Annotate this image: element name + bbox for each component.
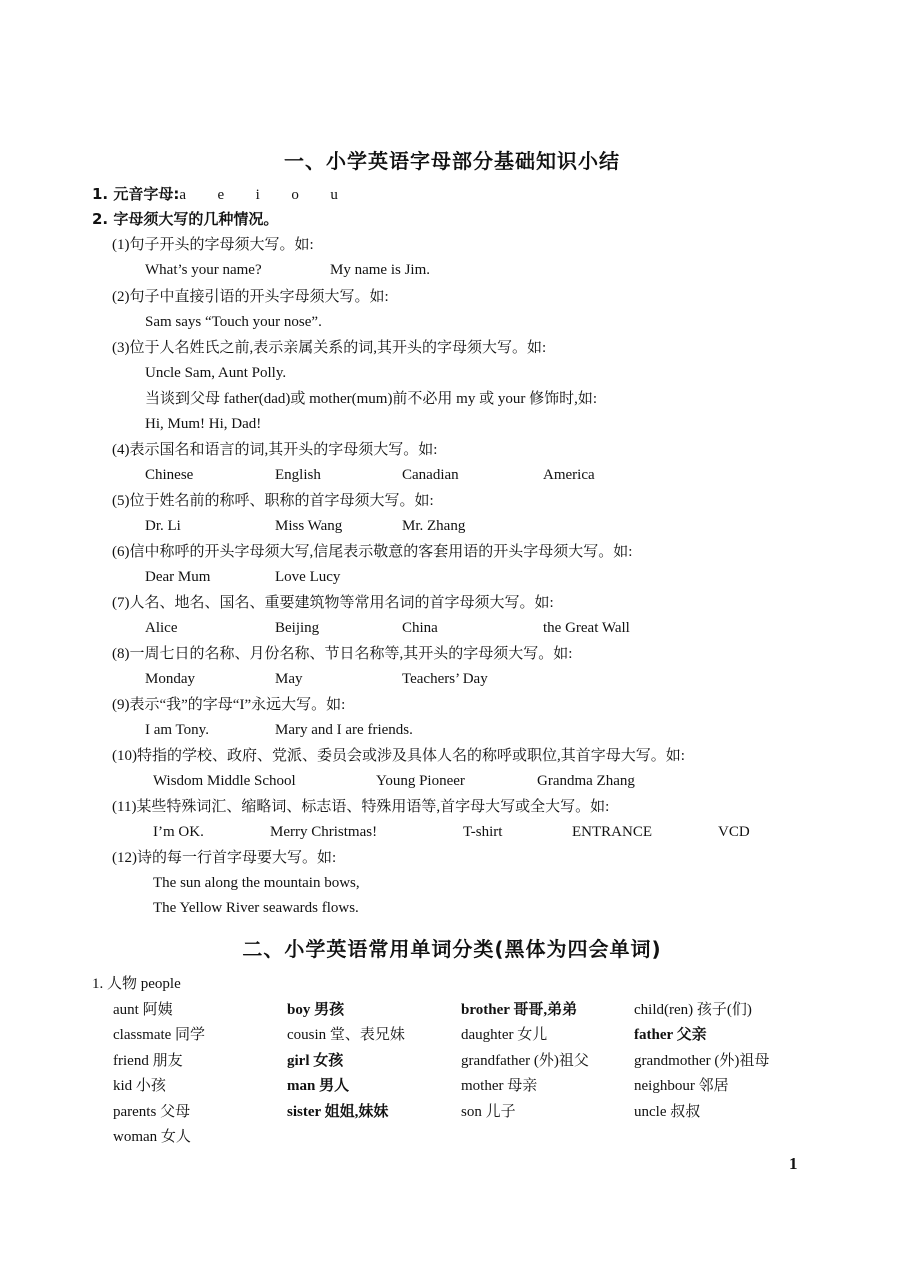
- word-item-core: man 男人: [287, 1076, 349, 1096]
- word-item: daughter 女儿: [461, 1025, 547, 1045]
- rule-10-example: Wisdom Middle School: [153, 771, 296, 791]
- word-item: woman 女人: [113, 1127, 191, 1147]
- rule-1-example: My name is Jim.: [330, 260, 430, 280]
- poem-line: The Yellow River seawards flows.: [153, 898, 359, 918]
- rule-8-example: Teachers’ Day: [402, 669, 488, 689]
- word-item: parents 父母: [113, 1102, 190, 1122]
- rule-9: (9)表示“我”的字母“I”永远大写。如:: [112, 695, 345, 715]
- rule-4-example: Canadian: [402, 465, 459, 485]
- rule-7-example: Alice: [145, 618, 177, 638]
- word-item: uncle 叔叔: [634, 1102, 700, 1122]
- rule-3-note-example: Hi, Mum! Hi, Dad!: [145, 414, 261, 434]
- word-item: classmate 同学: [113, 1025, 205, 1045]
- rule-4-example: Chinese: [145, 465, 193, 485]
- section-2-title: 二、小学英语常用单词分类(黑体为四会单词): [0, 933, 904, 962]
- rule-5: (5)位于姓名前的称呼、职称的首字母须大写。如:: [112, 491, 434, 511]
- word-item: son 儿子: [461, 1102, 516, 1122]
- rule-11-example: Merry Christmas!: [270, 822, 377, 842]
- rule-8: (8)一周七日的名称、月份名称、节日名称等,其开头的字母须大写。如:: [112, 644, 572, 664]
- document-page: 一、小学英语字母部分基础知识小结 1. 元音字母:a e i o u 2. 字母…: [0, 0, 904, 1280]
- rule-1: (1)句子开头的字母须大写。如:: [112, 235, 314, 255]
- word-item-core: boy 男孩: [287, 1000, 344, 1020]
- word-item: cousin 堂、表兄妹: [287, 1025, 405, 1045]
- word-item: kid 小孩: [113, 1076, 166, 1096]
- rule-12: (12)诗的每一行首字母要大写。如:: [112, 848, 336, 868]
- rule-11-example: VCD: [718, 822, 750, 842]
- rule-7-example: Beijing: [275, 618, 319, 638]
- rule-4: (4)表示国名和语言的词,其开头的字母须大写。如:: [112, 440, 437, 460]
- word-item: friend 朋友: [113, 1051, 183, 1071]
- word-item-core: brother 哥哥,弟弟: [461, 1000, 577, 1020]
- rule-2: (2)句子中直接引语的开头字母须大写。如:: [112, 287, 389, 307]
- rule-11-example: I’m OK.: [153, 822, 204, 842]
- word-item-core: girl 女孩: [287, 1051, 343, 1071]
- rule-11-example: ENTRANCE: [572, 822, 652, 842]
- caps-heading: 2. 字母须大写的几种情况。: [92, 209, 278, 229]
- rule-6-example: Love Lucy: [275, 567, 340, 587]
- page-number: 1: [789, 1154, 798, 1174]
- rule-11: (11)某些特殊词汇、缩略词、标志语、特殊用语等,首字母大写或全大写。如:: [112, 797, 609, 817]
- rule-7-example: China: [402, 618, 438, 638]
- word-item: grandmother (外)祖母: [634, 1051, 769, 1071]
- rule-6: (6)信中称呼的开头字母须大写,信尾表示敬意的客套用语的开头字母须大写。如:: [112, 542, 632, 562]
- section-1-title: 一、小学英语字母部分基础知识小结: [0, 145, 904, 174]
- rule-2-example: Sam says “Touch your nose”.: [145, 312, 322, 332]
- rule-3-example: Uncle Sam, Aunt Polly.: [145, 363, 286, 383]
- rule-9-example: Mary and I are friends.: [275, 720, 413, 740]
- word-item: neighbour 邻居: [634, 1076, 729, 1096]
- rule-6-example: Dear Mum: [145, 567, 210, 587]
- category-people-label: 1. 人物 people: [92, 976, 181, 992]
- word-item: grandfather (外)祖父: [461, 1051, 589, 1071]
- poem-line: The sun along the mountain bows,: [153, 873, 360, 893]
- rule-5-example: Mr. Zhang: [402, 516, 465, 536]
- word-item: child(ren) 孩子(们): [634, 1000, 752, 1020]
- rule-3-note: 当谈到父母 father(dad)或 mother(mum)前不必用 my 或 …: [145, 389, 597, 409]
- rule-9-example: I am Tony.: [145, 720, 209, 740]
- rule-1-example: What’s your name?: [145, 260, 262, 280]
- rule-5-example: Dr. Li: [145, 516, 181, 536]
- rule-4-example: America: [543, 465, 595, 485]
- word-item-core: sister 姐姐,妹妹: [287, 1102, 388, 1122]
- rule-3: (3)位于人名姓氏之前,表示亲属关系的词,其开头的字母须大写。如:: [112, 338, 546, 358]
- rule-8-example: May: [275, 669, 303, 689]
- rule-10-example: Grandma Zhang: [537, 771, 635, 791]
- rule-10: (10)特指的学校、政府、党派、委员会或涉及具体人名的称呼或职位,其首字母大写。…: [112, 746, 685, 766]
- rule-8-example: Monday: [145, 669, 195, 689]
- rule-11-example: T-shirt: [463, 822, 502, 842]
- rule-4-example: English: [275, 465, 321, 485]
- vowels-label: 1. 元音字母:: [92, 185, 179, 203]
- word-item: aunt 阿姨: [113, 1000, 173, 1020]
- rule-7: (7)人名、地名、国名、重要建筑物等常用名词的首字母须大写。如:: [112, 593, 554, 613]
- word-item-core: father 父亲: [634, 1025, 707, 1045]
- category-label: 1. 人物 people: [92, 974, 181, 994]
- vowels-list: a e i o u: [179, 187, 345, 203]
- rule-10-example: Young Pioneer: [376, 771, 465, 791]
- word-item: mother 母亲: [461, 1076, 537, 1096]
- vowels-line: 1. 元音字母:a e i o u: [92, 184, 346, 205]
- rule-7-example: the Great Wall: [543, 618, 630, 638]
- rule-5-example: Miss Wang: [275, 516, 342, 536]
